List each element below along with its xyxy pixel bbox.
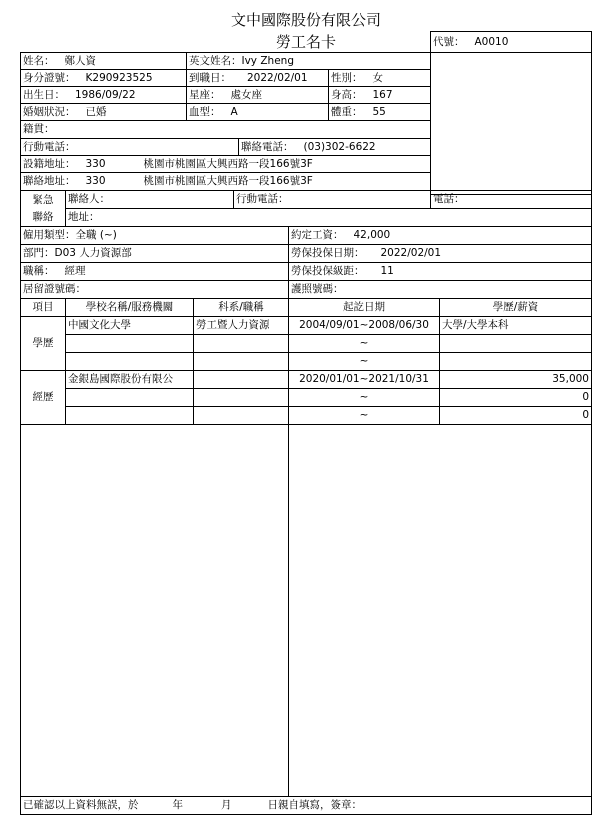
education-row-2-period: ~ — [288, 334, 440, 353]
job-title-field: 職稱：經理 — [20, 262, 289, 281]
experience-row-3-salary: 0 — [439, 406, 592, 425]
salary-value: 42,000 — [354, 229, 391, 241]
blood-type-field: 血型：A — [186, 103, 329, 121]
salary-field: 約定工資：42,000 — [288, 226, 592, 245]
marital-status-field: 婚姻狀況：已婚 — [20, 103, 187, 121]
emergency-phone-field: 電話： — [430, 190, 592, 209]
residence-permit-label: 居留證號碼： — [23, 283, 86, 295]
blood-type-value: A — [231, 106, 238, 118]
education-row-1-detail: 大學/大學本科 — [439, 316, 592, 335]
experience-label: 經歷 — [20, 370, 66, 425]
insurance-date-value: 2022/02/01 — [381, 247, 442, 259]
id-number-field: 身分證號：K290923525 — [20, 69, 187, 87]
blood-type-label: 血型： — [189, 106, 221, 118]
education-label: 學歷 — [20, 316, 66, 371]
mobile-label: 行動電話： — [23, 141, 76, 153]
gender-label: 性別： — [331, 72, 363, 84]
job-title-value: 經理 — [65, 265, 86, 277]
confirmation-text: 已確認以上資料無誤，於 — [23, 799, 139, 811]
company-name: 文中國際股份有限公司 — [0, 9, 612, 30]
education-row-3-dept — [193, 352, 289, 371]
emergency-phone-label: 電話： — [433, 193, 465, 205]
birth-date-label: 出生日： — [23, 89, 65, 101]
insurance-grade-label: 勞保投保級距： — [291, 265, 365, 277]
registered-address-zip: 330 — [86, 158, 106, 170]
passport-label: 護照號碼： — [291, 283, 344, 295]
salary-label: 約定工資： — [291, 229, 344, 241]
native-place-field: 籍貫： — [20, 120, 431, 139]
experience-row-2-org — [65, 388, 194, 407]
header-period: 起訖日期 — [288, 298, 440, 317]
mailing-address-label: 聯絡地址： — [23, 175, 76, 187]
header-organization: 學校名稱/服務機關 — [65, 298, 194, 317]
emergency-contact-person-label: 聯絡人： — [68, 193, 110, 205]
contact-phone-label: 聯絡電話： — [241, 141, 294, 153]
confirmation-month-label: 月 — [221, 799, 232, 811]
registered-address-field: 設籍地址：330桃園市桃園區大興西路一段166號3F — [20, 155, 431, 173]
emergency-contact-label: 緊急 聯絡 — [20, 190, 66, 227]
gender-field: 性別：女 — [328, 69, 431, 87]
photo-box — [430, 52, 592, 195]
name-field: 姓名：鄭人資 — [20, 52, 187, 70]
english-name-label: 英文姓名： — [189, 55, 242, 67]
code-label: 代號： — [433, 36, 465, 48]
height-value: 167 — [373, 89, 393, 101]
header-item: 項目 — [20, 298, 66, 317]
hire-date-label: 到職日： — [189, 72, 231, 84]
registered-address-label: 設籍地址： — [23, 158, 76, 170]
education-row-2-org — [65, 334, 194, 353]
emergency-mobile-label: 行動電話： — [236, 193, 289, 205]
height-label: 身高： — [331, 89, 363, 101]
education-row-1-period: 2004/09/01~2008/06/30 — [288, 316, 440, 335]
contact-phone-value: (03)302-6622 — [304, 141, 376, 153]
emergency-address-label: 地址： — [68, 211, 100, 223]
department-field: 部門：D03 人力資源部 — [20, 244, 289, 263]
insurance-grade-value: 11 — [381, 265, 394, 277]
emergency-mobile-field: 行動電話： — [233, 190, 431, 209]
experience-row-1-salary: 35,000 — [439, 370, 592, 389]
name-value: 鄭人資 — [65, 55, 97, 67]
zodiac-field: 星座：處女座 — [186, 86, 329, 104]
insurance-date-field: 勞保投保日期：2022/02/01 — [288, 244, 592, 263]
gender-value: 女 — [373, 72, 384, 84]
notes-left-area — [20, 424, 289, 797]
department-value: D03 人力資源部 — [55, 247, 132, 259]
experience-row-1-org: 金銀島國際股份有限公 — [65, 370, 194, 389]
experience-row-3-dept — [193, 406, 289, 425]
code-value: A0010 — [475, 36, 509, 48]
mailing-address-value: 桃園市桃園區大興西路一段166號3F — [144, 175, 313, 187]
notes-right-area — [288, 424, 592, 797]
education-row-3-detail — [439, 352, 592, 371]
insurance-date-label: 勞保投保日期： — [291, 247, 365, 259]
contact-phone-field: 聯絡電話：(03)302-6622 — [238, 138, 431, 156]
hire-date-field: 到職日：2022/02/01 — [186, 69, 329, 87]
experience-row-2-salary: 0 — [439, 388, 592, 407]
native-place-label: 籍貫： — [23, 123, 55, 135]
job-title-label: 職稱： — [23, 265, 55, 277]
education-row-3-period: ~ — [288, 352, 440, 371]
registered-address-value: 桃園市桃園區大興西路一段166號3F — [144, 158, 313, 170]
confirmation-year-label: 年 — [173, 799, 184, 811]
mobile-field: 行動電話： — [20, 138, 239, 156]
code-field: 代號：A0010 — [430, 31, 592, 53]
experience-row-2-period: ~ — [288, 388, 440, 407]
education-row-3-org — [65, 352, 194, 371]
insurance-grade-field: 勞保投保級距：11 — [288, 262, 592, 281]
confirmation-sign-label: 日親自填寫，簽章： — [268, 799, 363, 811]
marital-status-label: 婚姻狀況： — [23, 106, 76, 118]
experience-row-2-dept — [193, 388, 289, 407]
employment-type-field: 僱用類型：全職 (~) — [20, 226, 289, 245]
passport-field: 護照號碼： — [288, 280, 592, 299]
experience-row-3-period: ~ — [288, 406, 440, 425]
hire-date-value: 2022/02/01 — [247, 72, 308, 84]
confirmation-footer: 已確認以上資料無誤，於年月日親自填寫，簽章： — [20, 796, 592, 815]
education-row-1-dept: 勞工暨人力資源 — [193, 316, 289, 335]
zodiac-value: 處女座 — [231, 89, 263, 101]
header-department-title: 科系/職稱 — [193, 298, 289, 317]
weight-value: 55 — [373, 106, 386, 118]
english-name-field: 英文姓名：Ivy Zheng — [186, 52, 431, 70]
emergency-label-line2: 聯絡 — [21, 209, 65, 226]
employment-type-value: 全職 (~) — [76, 229, 117, 241]
birth-date-field: 出生日：1986/09/22 — [20, 86, 187, 104]
english-name-value: Ivy Zheng — [242, 55, 295, 67]
birth-date-value: 1986/09/22 — [75, 89, 136, 101]
id-number-value: K290923525 — [86, 72, 153, 84]
name-label: 姓名： — [23, 55, 55, 67]
id-number-label: 身分證號： — [23, 72, 76, 84]
experience-row-3-org — [65, 406, 194, 425]
mailing-address-zip: 330 — [86, 175, 106, 187]
weight-label: 體重： — [331, 106, 363, 118]
education-row-1-org: 中國文化大學 — [65, 316, 194, 335]
header-education-salary: 學歷/薪資 — [439, 298, 592, 317]
department-label: 部門： — [23, 247, 55, 259]
zodiac-label: 星座： — [189, 89, 221, 101]
employment-type-label: 僱用類型： — [23, 229, 76, 241]
marital-status-value: 已婚 — [86, 106, 107, 118]
mailing-address-field: 聯絡地址：330桃園市桃園區大興西路一段166號3F — [20, 172, 431, 191]
education-row-2-detail — [439, 334, 592, 353]
height-field: 身高：167 — [328, 86, 431, 104]
emergency-address-field: 地址： — [65, 208, 592, 227]
experience-row-1-period: 2020/01/01~2021/10/31 — [288, 370, 440, 389]
emergency-contact-person-field: 聯絡人： — [65, 190, 234, 209]
weight-field: 體重：55 — [328, 103, 431, 121]
residence-permit-field: 居留證號碼： — [20, 280, 289, 299]
education-row-2-dept — [193, 334, 289, 353]
emergency-label-line1: 緊急 — [21, 192, 65, 209]
experience-row-1-dept — [193, 370, 289, 389]
